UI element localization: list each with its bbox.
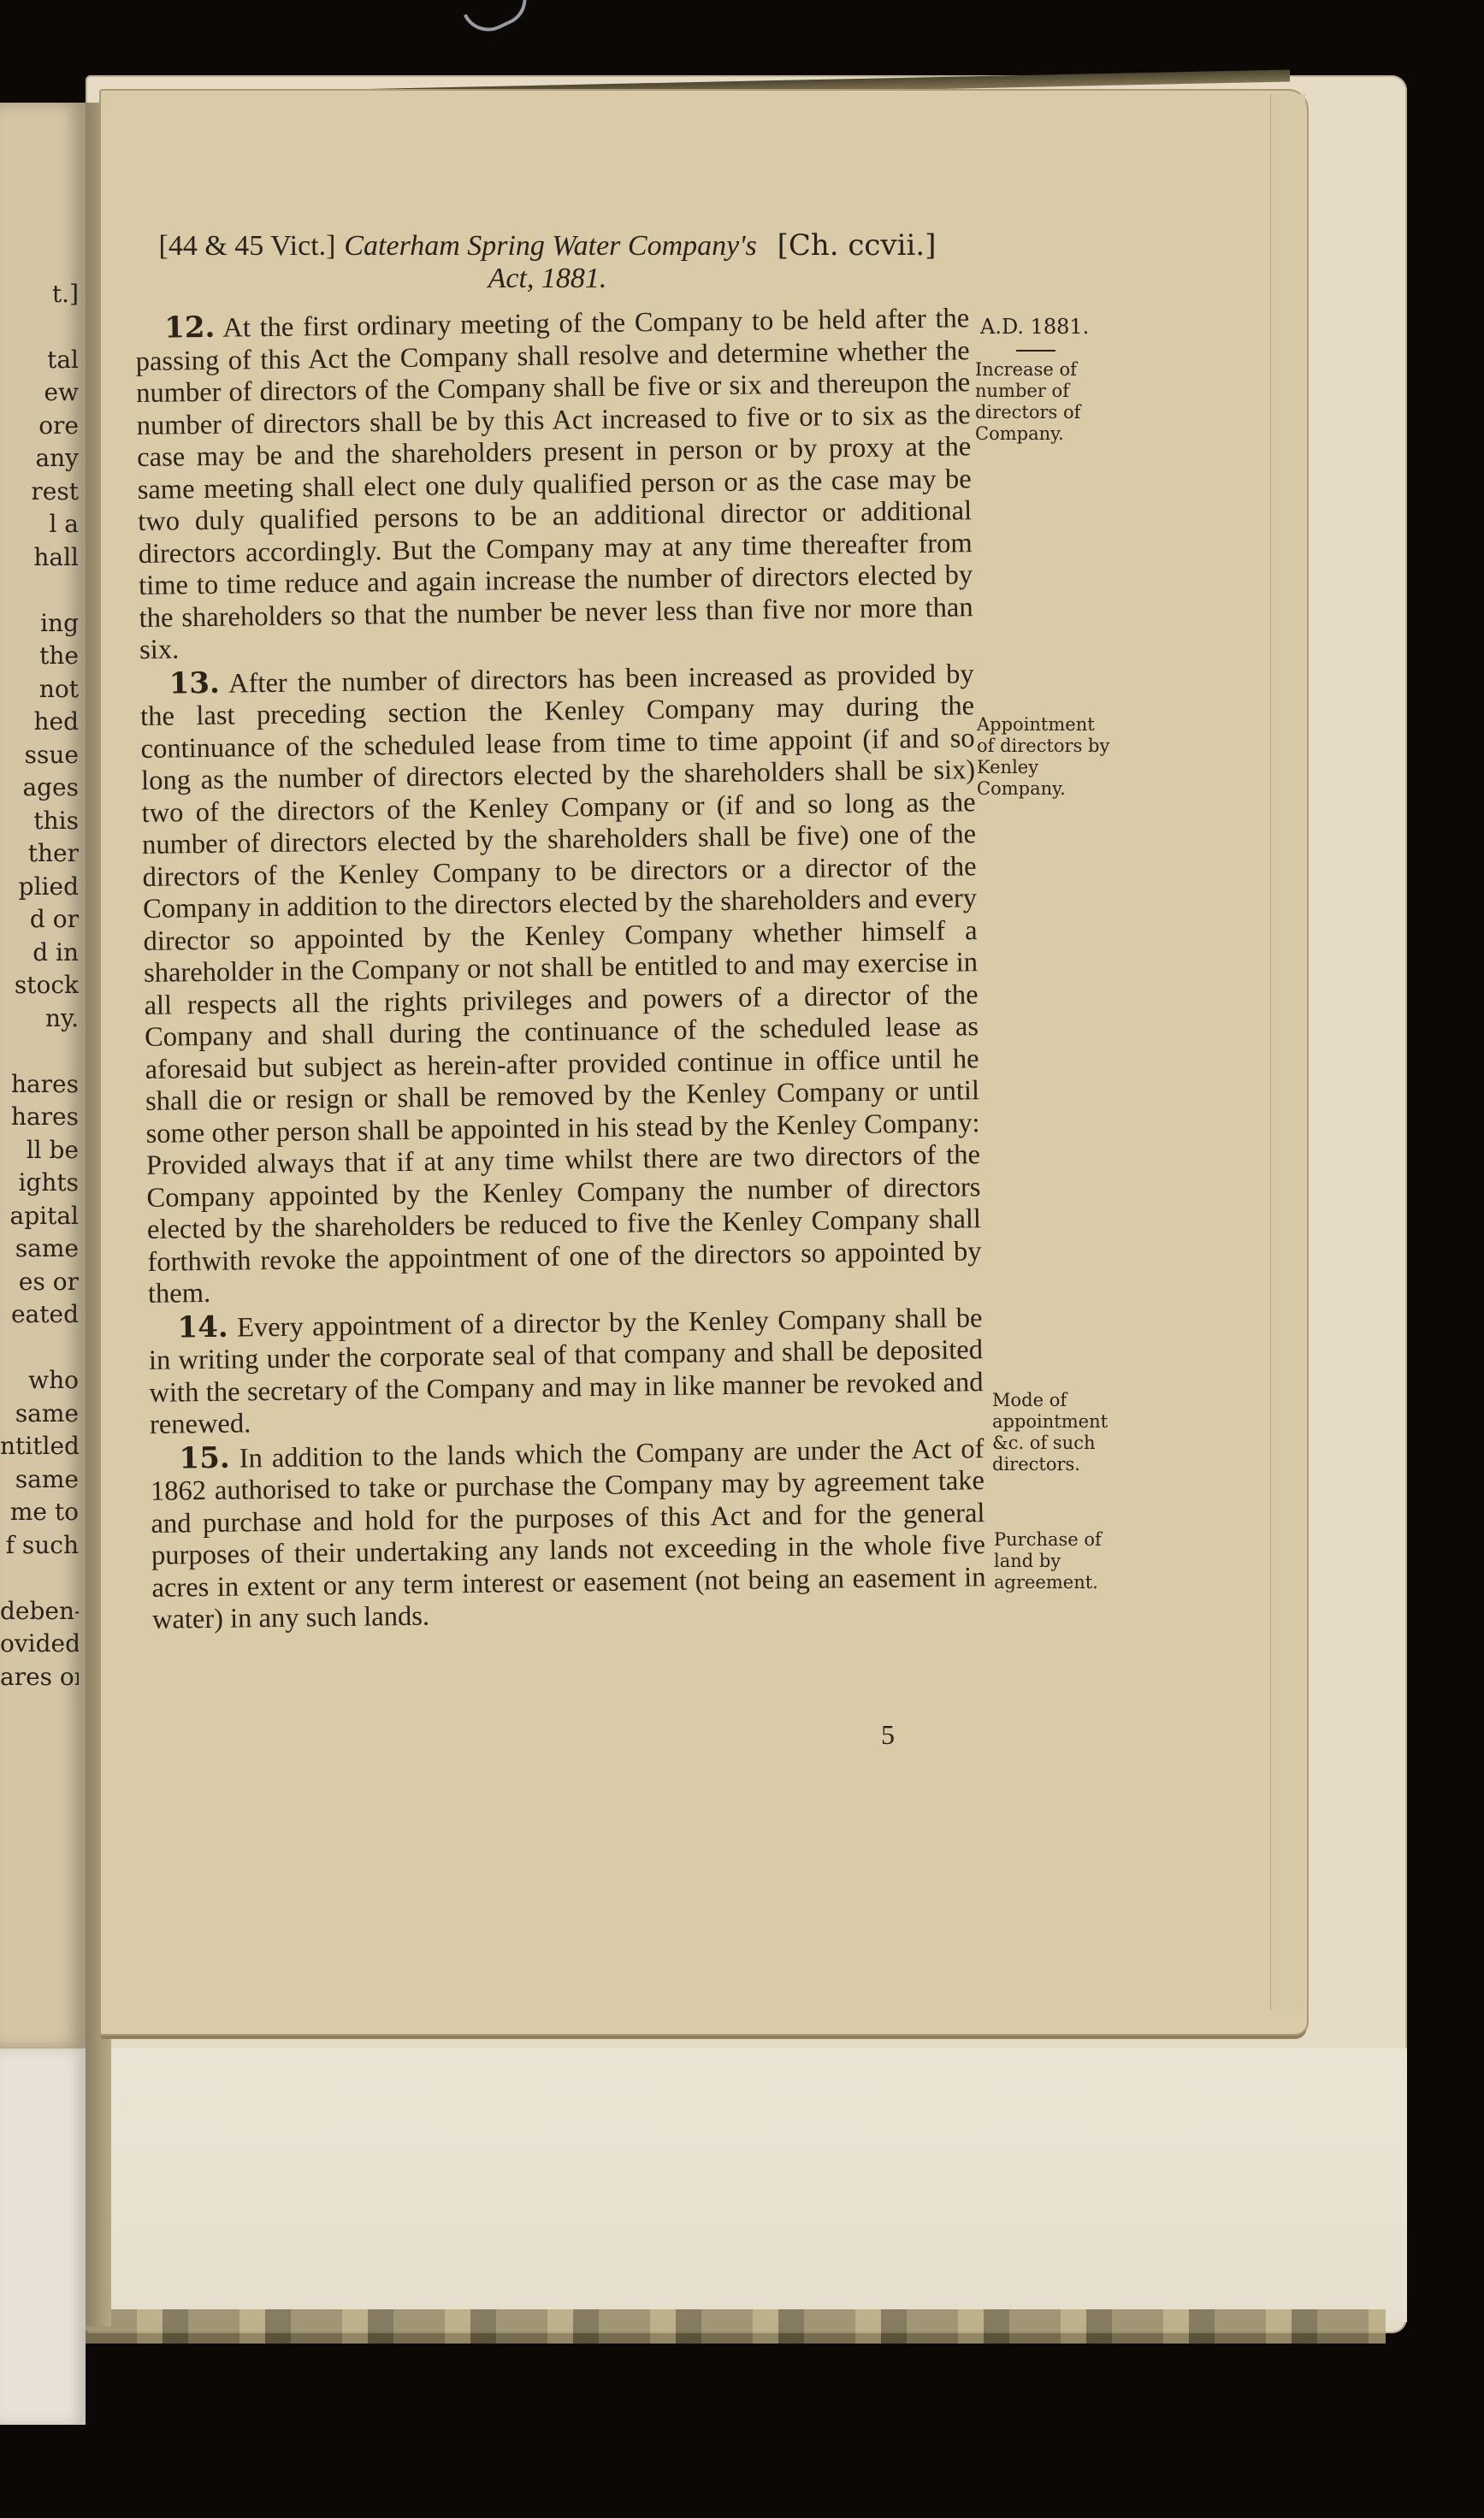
section-number: 15. <box>179 1440 230 1475</box>
section-text: In addition to the lands which the Compa… <box>151 1433 986 1635</box>
facing-line: me to <box>0 1496 79 1529</box>
facing-line: ther <box>0 837 79 871</box>
facing-line <box>0 1562 79 1595</box>
facing-page-lower-leaf <box>0 2048 86 2425</box>
page-number: 5 <box>881 1719 895 1751</box>
margin-rule <box>1016 350 1055 352</box>
section-14: 14. Every appointment of a director by t… <box>148 1302 984 1442</box>
facing-line: plied <box>0 871 79 904</box>
section-12: 12. At the first ordinary meeting of the… <box>135 302 973 666</box>
facing-line: the <box>0 640 79 673</box>
section-text: At the first ordinary meeting of the Com… <box>136 303 973 665</box>
facing-line: f such <box>0 1529 79 1563</box>
facing-line <box>0 1035 79 1068</box>
section-number: 12. <box>164 310 216 346</box>
act-title: Caterham Spring Water Company's <box>344 230 756 262</box>
facing-line: stock <box>0 969 79 1002</box>
margin-note-14: Mode of appointment &c. of such director… <box>992 1390 1120 1475</box>
facing-line: l a <box>0 508 79 541</box>
facing-line: ssue <box>0 739 79 772</box>
running-header: [44 & 45 Vict.] Caterham Spring Water Co… <box>128 229 967 295</box>
facing-line: hares <box>0 1068 79 1102</box>
facing-line: ovided <box>0 1628 79 1661</box>
facing-line: ore <box>0 410 79 443</box>
facing-page-text: t.] tal ew ore any rest l a hall ing the… <box>0 278 79 1693</box>
facing-line: hall <box>0 541 79 575</box>
section-text: Every appointment of a director by the K… <box>149 1303 984 1440</box>
facing-line: tal <box>0 344 79 377</box>
facing-line: rest <box>0 476 79 509</box>
facing-line: es or <box>0 1266 79 1299</box>
torn-page-edges <box>86 2309 1386 2344</box>
facing-line <box>0 574 79 607</box>
act-title-line2: Act, 1881. <box>128 263 967 295</box>
facing-line: same <box>0 1463 79 1497</box>
facing-line: any <box>0 442 79 476</box>
chapter-number: [Ch. ccvii.] <box>777 228 937 263</box>
facing-line: ny. <box>0 1002 79 1036</box>
act-body: 12. At the first ordinary meeting of the… <box>135 302 986 1636</box>
facing-line: ntitled <box>0 1430 79 1463</box>
facing-header-fragment: t.] <box>0 278 79 311</box>
facing-line: apital <box>0 1200 79 1233</box>
facing-line: ew <box>0 376 79 410</box>
facing-line: hed <box>0 706 79 739</box>
margin-note-12: Increase of number of directors of Compa… <box>975 359 1095 445</box>
facing-line: ages <box>0 771 79 805</box>
regnal-year: [44 & 45 Vict.] <box>159 230 336 262</box>
binding-clip <box>464 0 535 40</box>
facing-line: ights <box>0 1167 79 1200</box>
facing-line: hares <box>0 1101 79 1134</box>
facing-line: not <box>0 673 79 706</box>
facing-line: same <box>0 1232 79 1266</box>
facing-line: ll be <box>0 1134 79 1167</box>
facing-line: deben- <box>0 1595 79 1628</box>
facing-line <box>0 1332 79 1365</box>
facing-line: same <box>0 1398 79 1431</box>
facing-line: who <box>0 1364 79 1398</box>
backing-leaf-lower <box>86 2048 1407 2322</box>
facing-line: ing <box>0 607 79 641</box>
section-13: 13. After the number of directors has be… <box>139 658 982 1311</box>
facing-line: this <box>0 805 79 838</box>
facing-line: d or <box>0 903 79 937</box>
margin-note-15: Purchase of land by agreement. <box>994 1529 1114 1593</box>
page-right-margin-fold <box>1270 94 1305 2010</box>
facing-line: eated <box>0 1298 79 1332</box>
section-text: After the number of directors has been i… <box>140 659 982 1309</box>
facing-line: ares or <box>0 1661 79 1694</box>
facing-line: d in <box>0 937 79 970</box>
section-number: 13. <box>169 665 220 700</box>
section-15: 15. In addition to the lands which the C… <box>150 1433 986 1637</box>
section-number: 14. <box>177 1309 228 1345</box>
margin-year: A.D. 1881. <box>980 315 1089 339</box>
margin-note-13: Appointment of directors by Kenley Compa… <box>977 714 1114 800</box>
